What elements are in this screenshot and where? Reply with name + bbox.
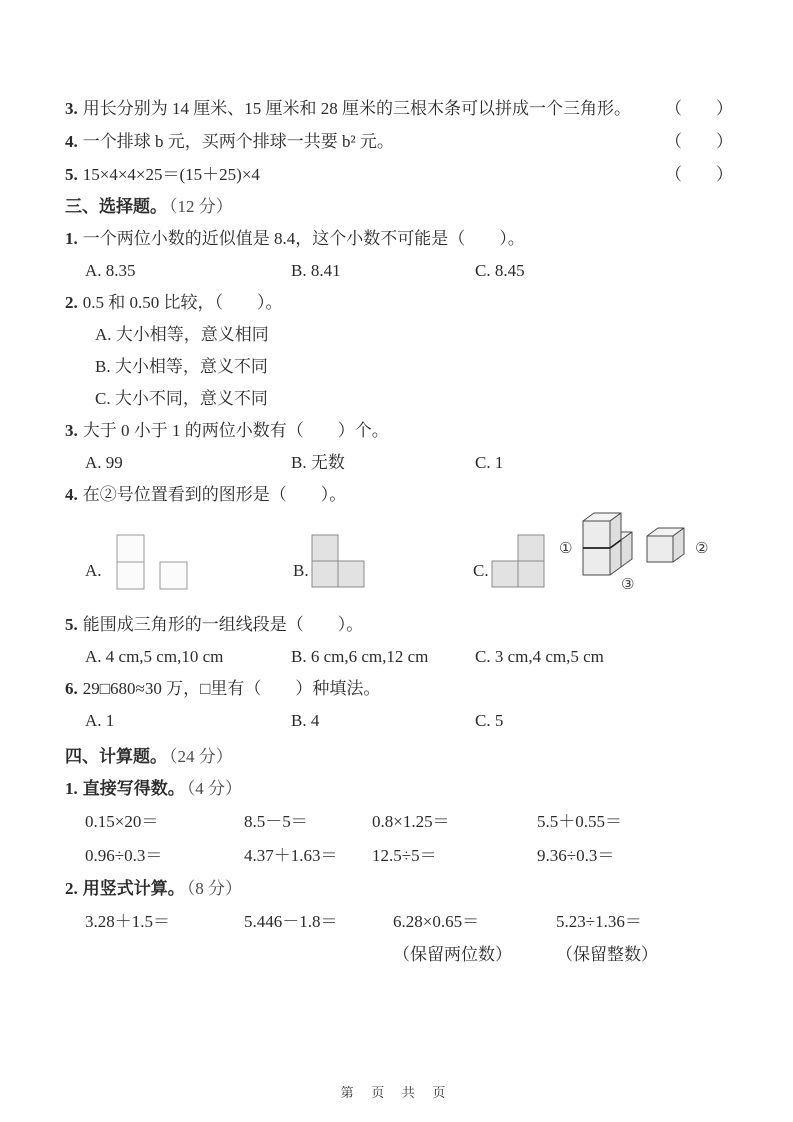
question-number: 5. (65, 165, 78, 184)
answer-bracket: （ ） (665, 125, 733, 158)
question-number: 1. (65, 779, 78, 798)
choice-q1-options: A. 8.35 B. 8.41 C. 8.45 (65, 255, 733, 287)
question-line: 3.用长分别为 14 厘米、15 厘米和 28 厘米的三根木条可以拼成一个三角形… (65, 92, 665, 125)
choice-q1: 1.一个两位小数的近似值是 8.4，这个小数不可能是（ ）。 (65, 223, 733, 255)
option-a-shape (110, 531, 220, 591)
expression: 6.28×0.65＝ (393, 905, 556, 938)
choice-q6-options: A. 1 B. 4 C. 5 (65, 705, 733, 737)
expression: 3.28＋1.5＝ (85, 905, 244, 938)
exam-page: 3.用长分别为 14 厘米、15 厘米和 28 厘米的三根木条可以拼成一个三角形… (0, 0, 793, 1122)
question-line: 5.15×4×4×25＝(15＋25)×4 (65, 158, 665, 191)
choice-q5: 5.能围成三角形的一组线段是（ ）。 (65, 609, 733, 641)
section-title: 三、选择题。 (65, 197, 167, 216)
figure-label-c: C. (473, 561, 489, 581)
spacer (244, 938, 393, 971)
expression: 5.23÷1.36＝ (556, 905, 733, 938)
question-number: 5. (65, 615, 78, 634)
section-heading-choice: 三、选择题。（12 分） (65, 191, 733, 223)
option-c-shape (490, 531, 550, 591)
option-b: B. 8.41 (291, 255, 475, 287)
option-a: A. 8.35 (85, 255, 291, 287)
question-number: 3. (65, 421, 78, 440)
expression: 5.446－1.8＝ (244, 905, 393, 938)
option-c: C. 5 (475, 705, 733, 737)
choice-q2-option-a: A. 大小相等，意义相同 (65, 319, 733, 351)
option-b: B. 无数 (291, 447, 475, 479)
expression: 9.36÷0.3＝ (537, 839, 733, 873)
choice-q2-option-c: C. 大小不同，意义不同 (65, 383, 733, 415)
subsection-points: （4 分） (187, 779, 242, 798)
subsection-title: 用竖式计算。 (83, 879, 185, 898)
true-false-item-4: 4.一个排球 b 元，买两个排球一共要 b² 元。 （ ） (65, 125, 733, 158)
mental-calc-row-1: 0.15×20＝ 8.5－5＝ 0.8×1.25＝ 5.5＋0.55＝ (65, 805, 733, 839)
section-points: （24 分） (169, 747, 233, 766)
choice-q3-options: A. 99 B. 无数 C. 1 (65, 447, 733, 479)
choice-q4-figures: A. B. C. ① (65, 505, 733, 601)
rounding-note: （保留整数） (556, 938, 733, 971)
page-footer: 第 页 共 页 (0, 1082, 793, 1101)
viewpoint-2-label: ② (695, 539, 708, 557)
figure-label-a: A. (85, 561, 102, 581)
expression: 5.5＋0.55＝ (537, 805, 733, 839)
question-text: 用长分别为 14 厘米、15 厘米和 28 厘米的三根木条可以拼成一个三角形。 (83, 99, 631, 118)
column-calc-row: 3.28＋1.5＝ 5.446－1.8＝ 6.28×0.65＝ 5.23÷1.3… (65, 905, 733, 938)
rounding-note: （保留两位数） (393, 938, 556, 971)
subsection-title: 直接写得数。 (83, 779, 185, 798)
expression: 0.15×20＝ (85, 805, 244, 839)
choice-q2: 2.0.5 和 0.50 比较，（ ）。 (65, 287, 733, 319)
expression: 0.8×1.25＝ (372, 805, 537, 839)
option-b: B. 6 cm,6 cm,12 cm (291, 641, 475, 673)
mental-calc-row-2: 0.96÷0.3＝ 4.37＋1.63＝ 12.5÷5＝ 9.36÷0.3＝ (65, 839, 733, 873)
cube-stack-figure (579, 505, 637, 581)
option-b-shape (310, 531, 370, 591)
expression: 8.5－5＝ (244, 805, 372, 839)
option-c: C. 8.45 (475, 255, 733, 287)
choice-q2-option-b: B. 大小相等，意义不同 (65, 351, 733, 383)
question-line: 4.一个排球 b 元，买两个排球一共要 b² 元。 (65, 125, 665, 158)
question-number: 4. (65, 485, 78, 504)
question-text: 一个排球 b 元，买两个排球一共要 b² 元。 (83, 132, 394, 151)
true-false-item-5: 5.15×4×4×25＝(15＋25)×4 （ ） (65, 158, 733, 191)
option-c: C. 1 (475, 447, 733, 479)
choice-q3: 3.大于 0 小于 1 的两位小数有（ ）个。 (65, 415, 733, 447)
option-b: B. 4 (291, 705, 475, 737)
answer-bracket: （ ） (665, 92, 733, 125)
question-text: 大于 0 小于 1 的两位小数有（ ）个。 (83, 421, 389, 440)
option-a: A. 99 (85, 447, 291, 479)
question-number: 1. (65, 229, 78, 248)
question-number: 4. (65, 132, 78, 151)
question-number: 2. (65, 879, 78, 898)
figure-label-b: B. (293, 561, 309, 581)
subsection-points: （8 分） (187, 879, 242, 898)
calc-sub1-title: 1.直接写得数。（4 分） (65, 773, 733, 805)
option-a: A. 1 (85, 705, 291, 737)
expression: 12.5÷5＝ (372, 839, 537, 873)
question-number: 2. (65, 293, 78, 312)
option-c: C. 3 cm,4 cm,5 cm (475, 641, 733, 673)
viewpoint-1-label: ① (559, 539, 572, 557)
column-calc-notes: （保留两位数） （保留整数） (65, 938, 733, 971)
expression: 0.96÷0.3＝ (85, 839, 244, 873)
question-number: 6. (65, 679, 78, 698)
spacer (85, 938, 244, 971)
viewpoint-3-label: ③ (621, 575, 634, 593)
calc-sub2-title: 2.用竖式计算。（8 分） (65, 873, 733, 905)
question-text: 0.5 和 0.50 比较，（ ）。 (83, 293, 283, 312)
section-heading-calc: 四、计算题。（24 分） (65, 741, 733, 773)
question-text: 29□680≈30 万，□里有（ ）种填法。 (83, 679, 381, 698)
question-text: 在②号位置看到的图形是（ ）。 (83, 485, 347, 504)
section-title: 四、计算题。 (65, 747, 167, 766)
choice-q6: 6.29□680≈30 万，□里有（ ）种填法。 (65, 673, 733, 705)
answer-bracket: （ ） (665, 158, 733, 191)
true-false-item-3: 3.用长分别为 14 厘米、15 厘米和 28 厘米的三根木条可以拼成一个三角形… (65, 92, 733, 125)
question-number: 3. (65, 99, 78, 118)
option-a: A. 4 cm,5 cm,10 cm (85, 641, 291, 673)
section-points: （12 分） (169, 197, 233, 216)
expression: 4.37＋1.63＝ (244, 839, 372, 873)
single-cube-figure (645, 523, 689, 567)
choice-q5-options: A. 4 cm,5 cm,10 cm B. 6 cm,6 cm,12 cm C.… (65, 641, 733, 673)
question-text: 一个两位小数的近似值是 8.4，这个小数不可能是（ ）。 (83, 229, 525, 248)
question-text: 能围成三角形的一组线段是（ ）。 (83, 615, 364, 634)
question-text: 15×4×4×25＝(15＋25)×4 (83, 165, 260, 184)
